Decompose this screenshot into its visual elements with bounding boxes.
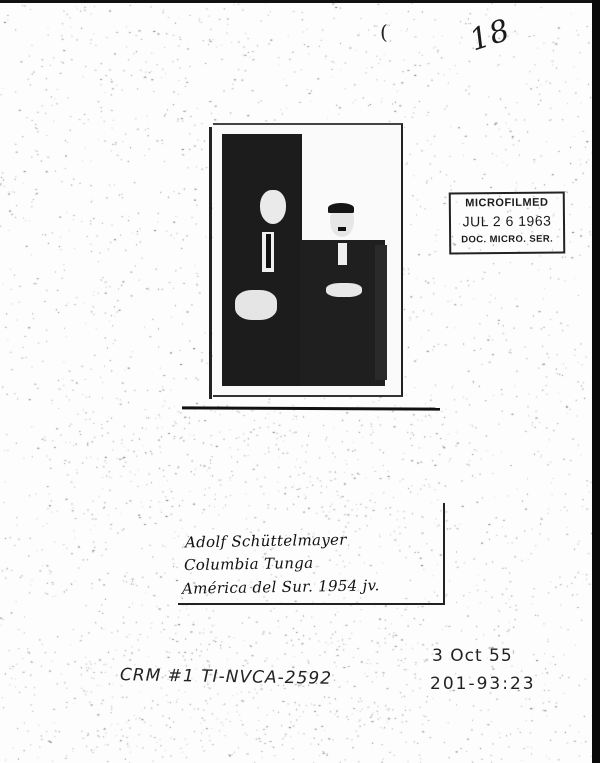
stamp-title: MICROFILMED [451,197,563,210]
person-right-hair [328,203,354,213]
person-right-hands [326,283,362,297]
stamp-date: JUL 2 6 1963 [451,213,563,230]
person-left-face [260,190,286,224]
document-page: ( 18 MICROFILMED JUL 2 6 1963 DOC. MICRO… [0,0,600,763]
photo-border-left [209,127,212,399]
page-mark: ( [380,20,388,44]
person-left-hands [235,290,277,320]
chair [375,245,387,380]
reference-file-number: 201-93:23 [430,674,536,694]
caption-line-name: Adolf Schüttelmayer [185,531,347,552]
microfilmed-stamp: MICROFILMED JUL 2 6 1963 DOC. MICRO. SER… [449,191,566,254]
scan-top-edge [0,0,600,3]
card-border-right [443,503,445,605]
caption-line-region-year: América del Sur. 1954 jv. [182,576,380,597]
person-left-tie [266,234,271,268]
scan-right-edge [592,0,600,763]
stamp-series: DOC. MICRO. SER. [451,234,563,246]
person-right-mustache [338,227,346,231]
reference-date: 3 Oct 55 [432,646,513,666]
card-border-bottom [178,603,444,605]
person-right-shirt [338,243,347,265]
caption-line-place: Columbia Tunga [184,554,314,574]
reference-number-left: CRM #1 TI-NVCA-2592 [120,665,332,689]
